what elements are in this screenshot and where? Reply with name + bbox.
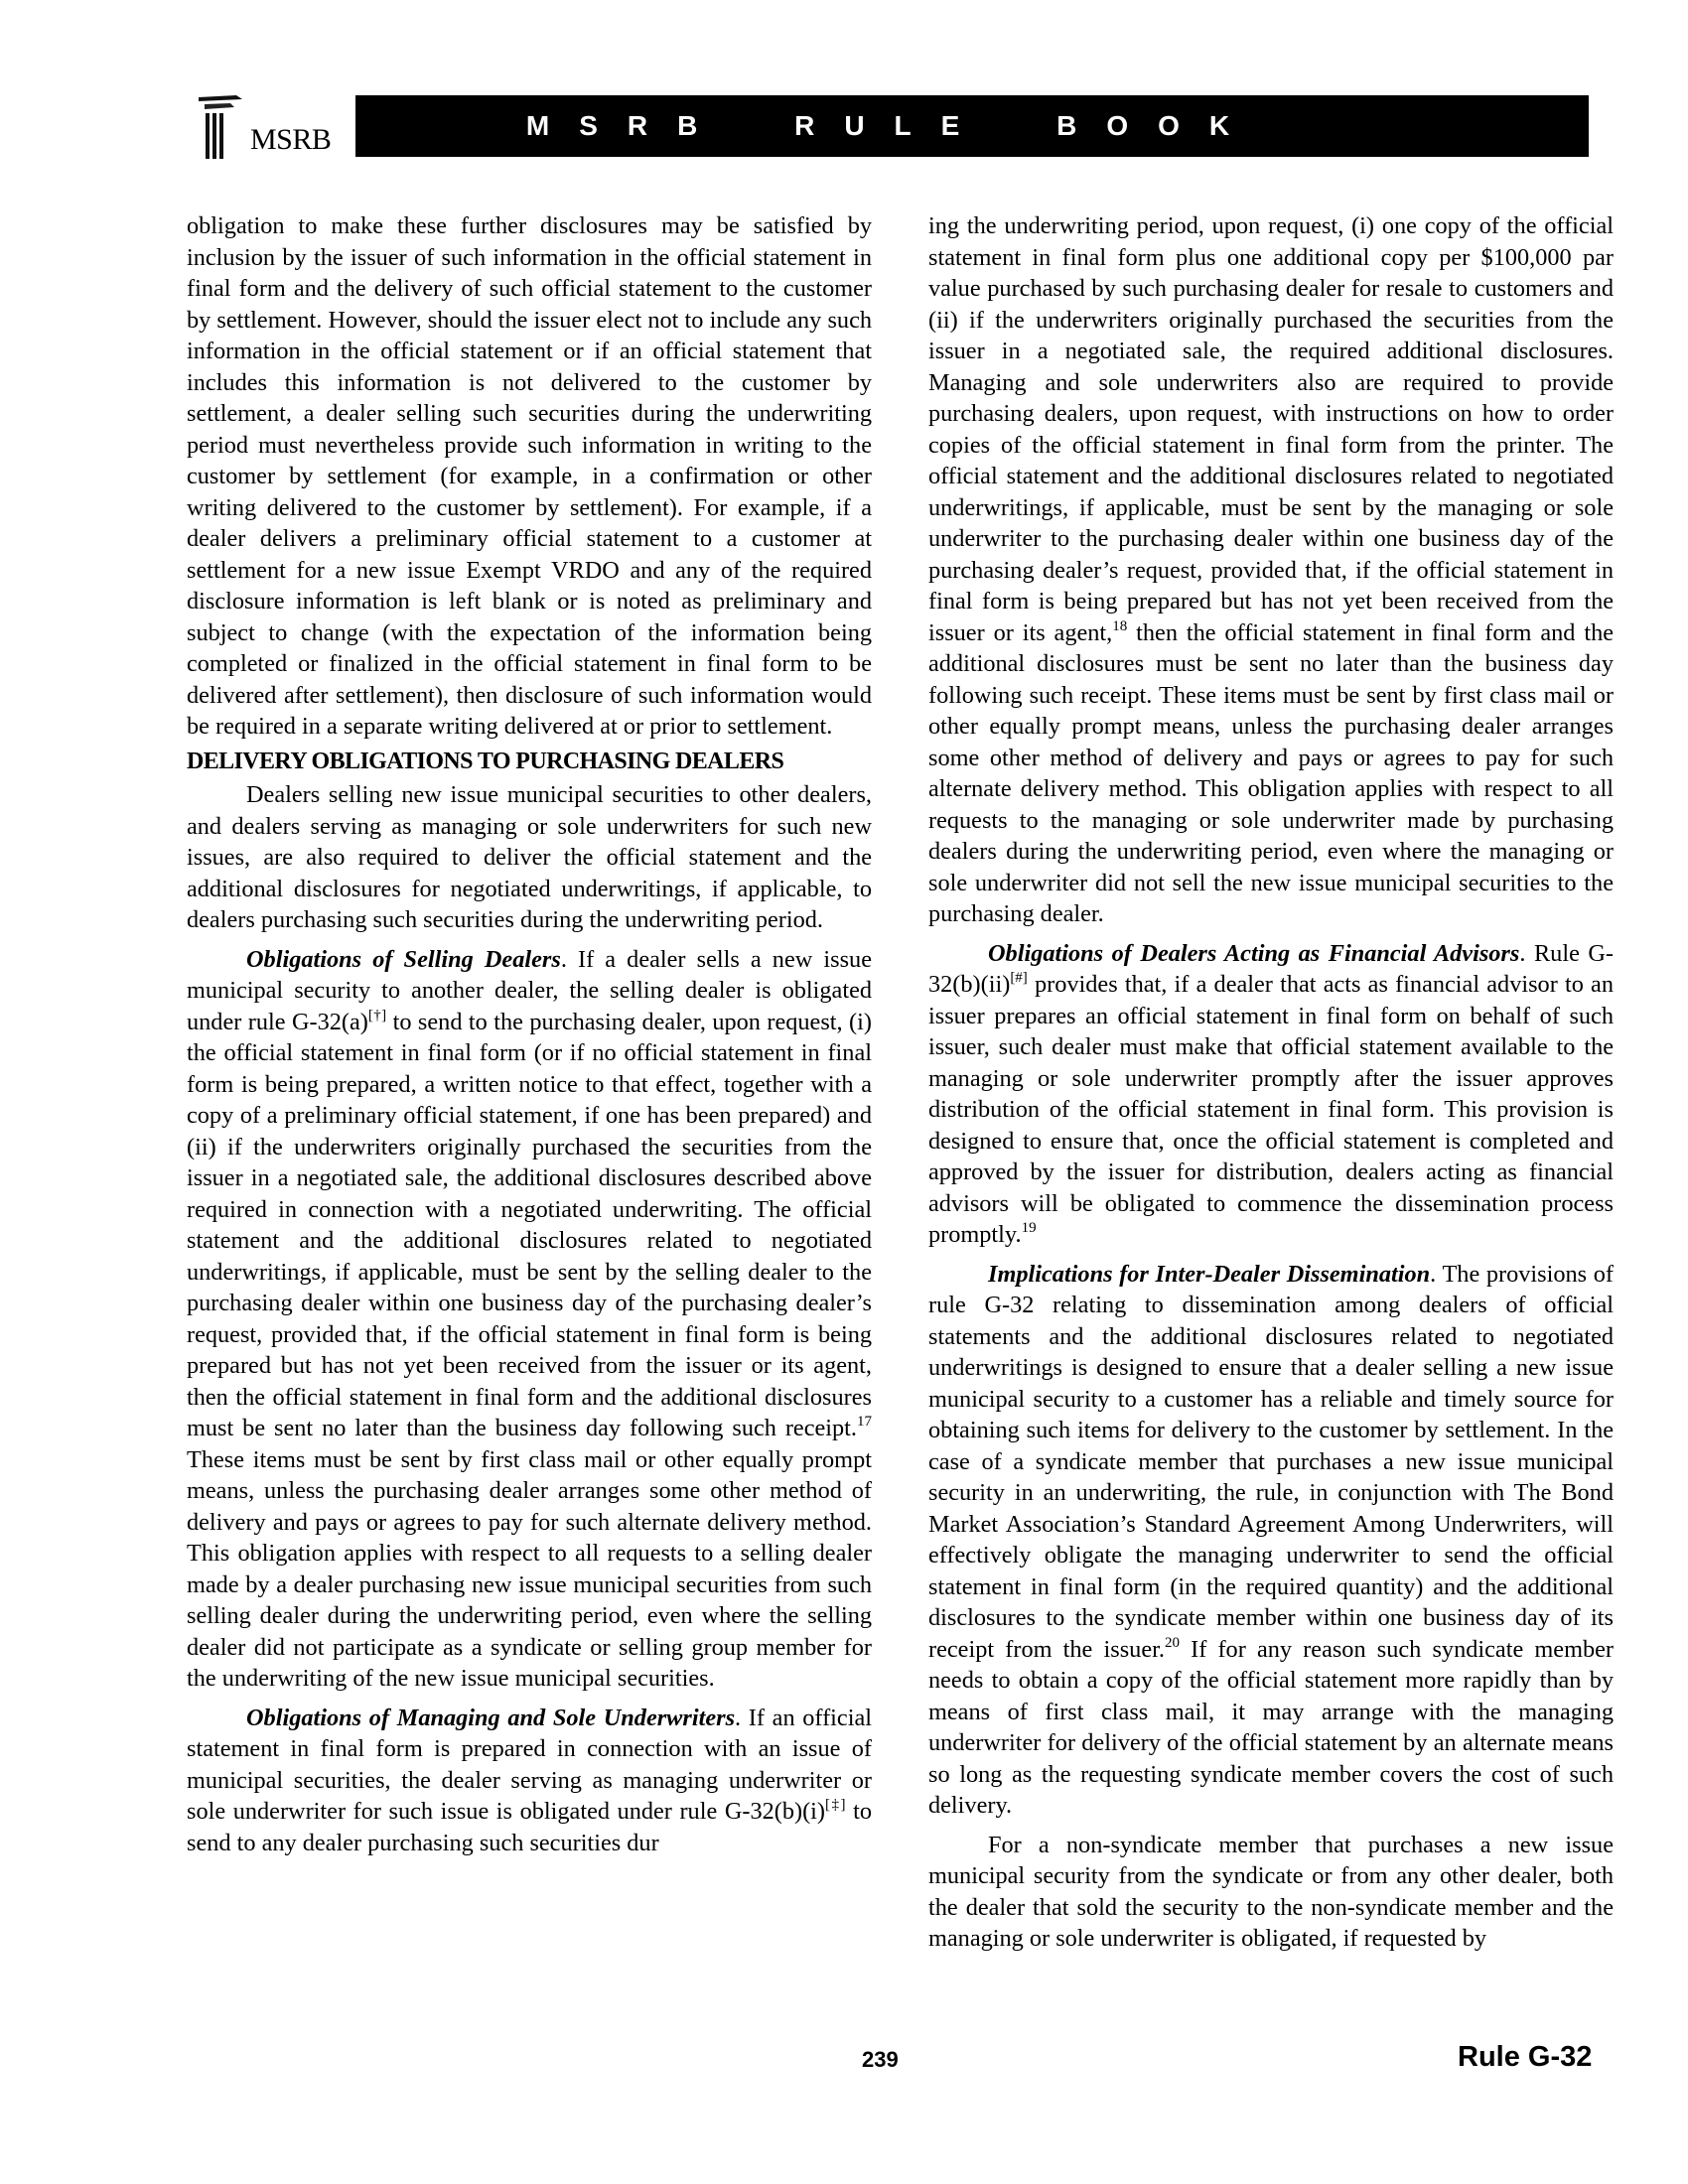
paragraph-financial-advisors: Obligations of Dealers Acting as Financi… [928, 938, 1614, 1251]
run-in-heading: Obligations of Selling Dealers [246, 946, 561, 973]
footnote-ref: 17 [857, 1414, 872, 1430]
run-in-heading: Obligations of Dealers Acting as Financi… [988, 940, 1519, 967]
rule-book-title-bar: MSRB RULE BOOK [355, 95, 1589, 157]
footnote-ref: 20 [1165, 1635, 1180, 1651]
paragraph-managing-underwriters: Obligations of Managing and Sole Underwr… [187, 1703, 872, 1859]
msrb-logo: MSRB [189, 95, 348, 161]
footnote-ref: [‡] [825, 1797, 846, 1813]
paragraph: obligation to make these further disclos… [187, 210, 872, 743]
run-in-heading: Implications for Inter-Dealer Disseminat… [988, 1261, 1430, 1288]
paragraph: Dealers selling new issue municipal secu… [187, 779, 872, 936]
paragraph: ing the underwriting period, upon reques… [928, 210, 1614, 930]
logo-text: MSRB [250, 125, 331, 155]
footnote-ref: 19 [1022, 1220, 1037, 1236]
left-column: obligation to make these further disclos… [187, 210, 872, 1858]
pillar-icon [197, 95, 250, 161]
section-heading: DELIVERY OBLIGATIONS TO PURCHASING DEALE… [187, 747, 872, 778]
rule-book-title: MSRB RULE BOOK [526, 110, 1259, 142]
page-header: MSRB MSRB RULE BOOK [189, 95, 1589, 157]
right-column: ing the underwriting period, upon reques… [928, 210, 1614, 1955]
run-in-heading: Obligations of Managing and Sole Underwr… [246, 1705, 735, 1731]
footnote-ref: 18 [1112, 618, 1127, 634]
paragraph-selling-dealers: Obligations of Selling Dealers. If a dea… [187, 944, 872, 1695]
paragraph: For a non-syndicate member that purchase… [928, 1830, 1614, 1955]
footnote-ref: [#] [1010, 970, 1028, 986]
footnote-ref: [†] [368, 1008, 386, 1024]
rule-label: Rule G-32 [1458, 2041, 1592, 2074]
page-number: 239 [862, 2047, 899, 2073]
paragraph-inter-dealer: Implications for Inter-Dealer Disseminat… [928, 1259, 1614, 1822]
